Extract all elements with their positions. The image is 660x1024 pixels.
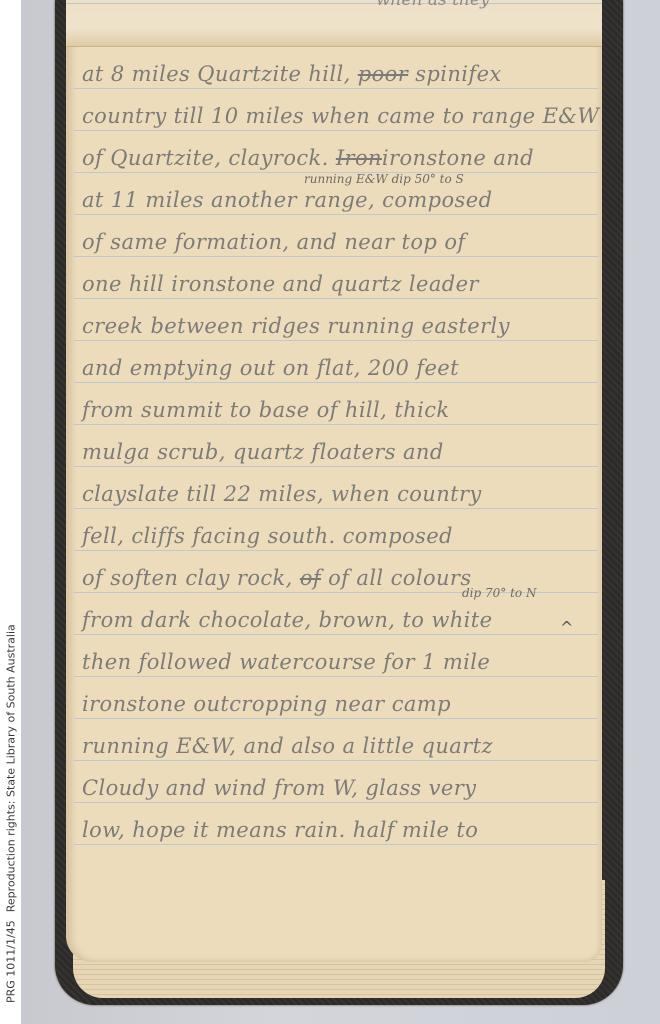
handwritten-line: running E&W, and also a little quartz [82, 734, 592, 758]
handwritten-line: from dark chocolate, brown, to white [82, 608, 592, 632]
handwritten-line: low, hope it means rain. half mile to [82, 818, 592, 842]
ruled-line [74, 88, 598, 89]
handwritten-line: ironstone outcropping near camp [82, 692, 592, 716]
struck-word: Iron [336, 146, 382, 170]
line-text: of same formation, and near top of [82, 230, 466, 254]
ruled-line [74, 550, 598, 551]
line-text: then followed watercourse for 1 mile [82, 650, 490, 674]
inserted-annotation: dip 70° to N [462, 586, 536, 600]
archive-reference: PRG 1011/1/45 [5, 920, 18, 1003]
ruled-line [74, 844, 598, 845]
line-text: fell, cliffs facing south. composed [82, 524, 453, 548]
line-text: of Quartzite, clayrock. [82, 146, 336, 170]
line-text: spinifex [408, 62, 502, 86]
handwritten-line: creek between ridges running easterly [82, 314, 592, 338]
side-strip: PRG 1011/1/45Reproduction rights: State … [0, 0, 21, 1024]
line-text: running E&W, and also a little quartz [82, 734, 493, 758]
insertion-caret-icon: ^ [560, 618, 573, 637]
line-text: ironstone and [382, 146, 534, 170]
ruled-line [74, 676, 598, 677]
handwritten-line: Cloudy and wind from W, glass very [82, 776, 592, 800]
line-text: clayslate till 22 miles, when country [82, 482, 482, 506]
handwritten-line: clayslate till 22 miles, when country [82, 482, 592, 506]
handwritten-line: one hill ironstone and quartz leader [82, 272, 592, 296]
inserted-annotation: running E&W dip 50° to S [304, 172, 464, 186]
handwritten-line: mulga scrub, quartz floaters and [82, 440, 592, 464]
ruled-line [66, 3, 602, 4]
struck-word: poor [358, 62, 408, 86]
ruled-line [74, 214, 598, 215]
handwritten-line: and emptying out on flat, 200 feet [82, 356, 592, 380]
handwritten-line: country till 10 miles when came to range… [82, 104, 592, 128]
handwritten-line: of same formation, and near top of [82, 230, 592, 254]
previous-page-fold: when as they [66, 0, 602, 47]
line-text: at 11 miles another range, composed [82, 188, 492, 212]
ruled-line [74, 466, 598, 467]
handwritten-line: then followed watercourse for 1 mile [82, 650, 592, 674]
line-text: low, hope it means rain. half mile to [82, 818, 478, 842]
ruled-line [74, 130, 598, 131]
ruled-line [74, 298, 598, 299]
line-text: ironstone outcropping near camp [82, 692, 451, 716]
rights-notice: Reproduction rights: State Library of So… [5, 624, 18, 912]
previous-page-fragment: when as they [376, 0, 490, 10]
ruled-line [74, 340, 598, 341]
notebook-page: when as they at 8 miles Quartzite hill, … [66, 0, 602, 962]
line-text: of soften clay rock, [82, 566, 300, 590]
handwritten-line: fell, cliffs facing south. composed [82, 524, 592, 548]
archive-label: PRG 1011/1/45Reproduction rights: State … [2, 596, 20, 1016]
ruled-line [74, 760, 598, 761]
line-text: country till 10 miles when came to range… [82, 104, 599, 128]
line-text: mulga scrub, quartz floaters and [82, 440, 444, 464]
handwritten-line: from summit to base of hill, thick [82, 398, 592, 422]
ruled-line [74, 802, 598, 803]
line-text: from summit to base of hill, thick [82, 398, 449, 422]
ruled-line [74, 424, 598, 425]
handwritten-line: of Quartzite, clayrock. Ironironstone an… [82, 146, 592, 170]
line-text: Cloudy and wind from W, glass very [82, 776, 476, 800]
archive-label-text: PRG 1011/1/45Reproduction rights: State … [5, 624, 18, 1003]
line-text: creek between ridges running easterly [82, 314, 510, 338]
ruled-line [74, 634, 598, 635]
line-text: from dark chocolate, brown, to white [82, 608, 492, 632]
ruled-line [74, 256, 598, 257]
struck-word: of [300, 566, 321, 590]
handwritten-line: at 11 miles another range, composed [82, 188, 592, 212]
handwritten-line: at 8 miles Quartzite hill, poor spinifex [82, 62, 592, 86]
line-text: of all colours [321, 566, 472, 590]
ruled-line [74, 508, 598, 509]
ruled-line [74, 382, 598, 383]
line-text: at 8 miles Quartzite hill, [82, 62, 358, 86]
line-text: and emptying out on flat, 200 feet [82, 356, 459, 380]
ruled-line [74, 718, 598, 719]
line-text: one hill ironstone and quartz leader [82, 272, 479, 296]
